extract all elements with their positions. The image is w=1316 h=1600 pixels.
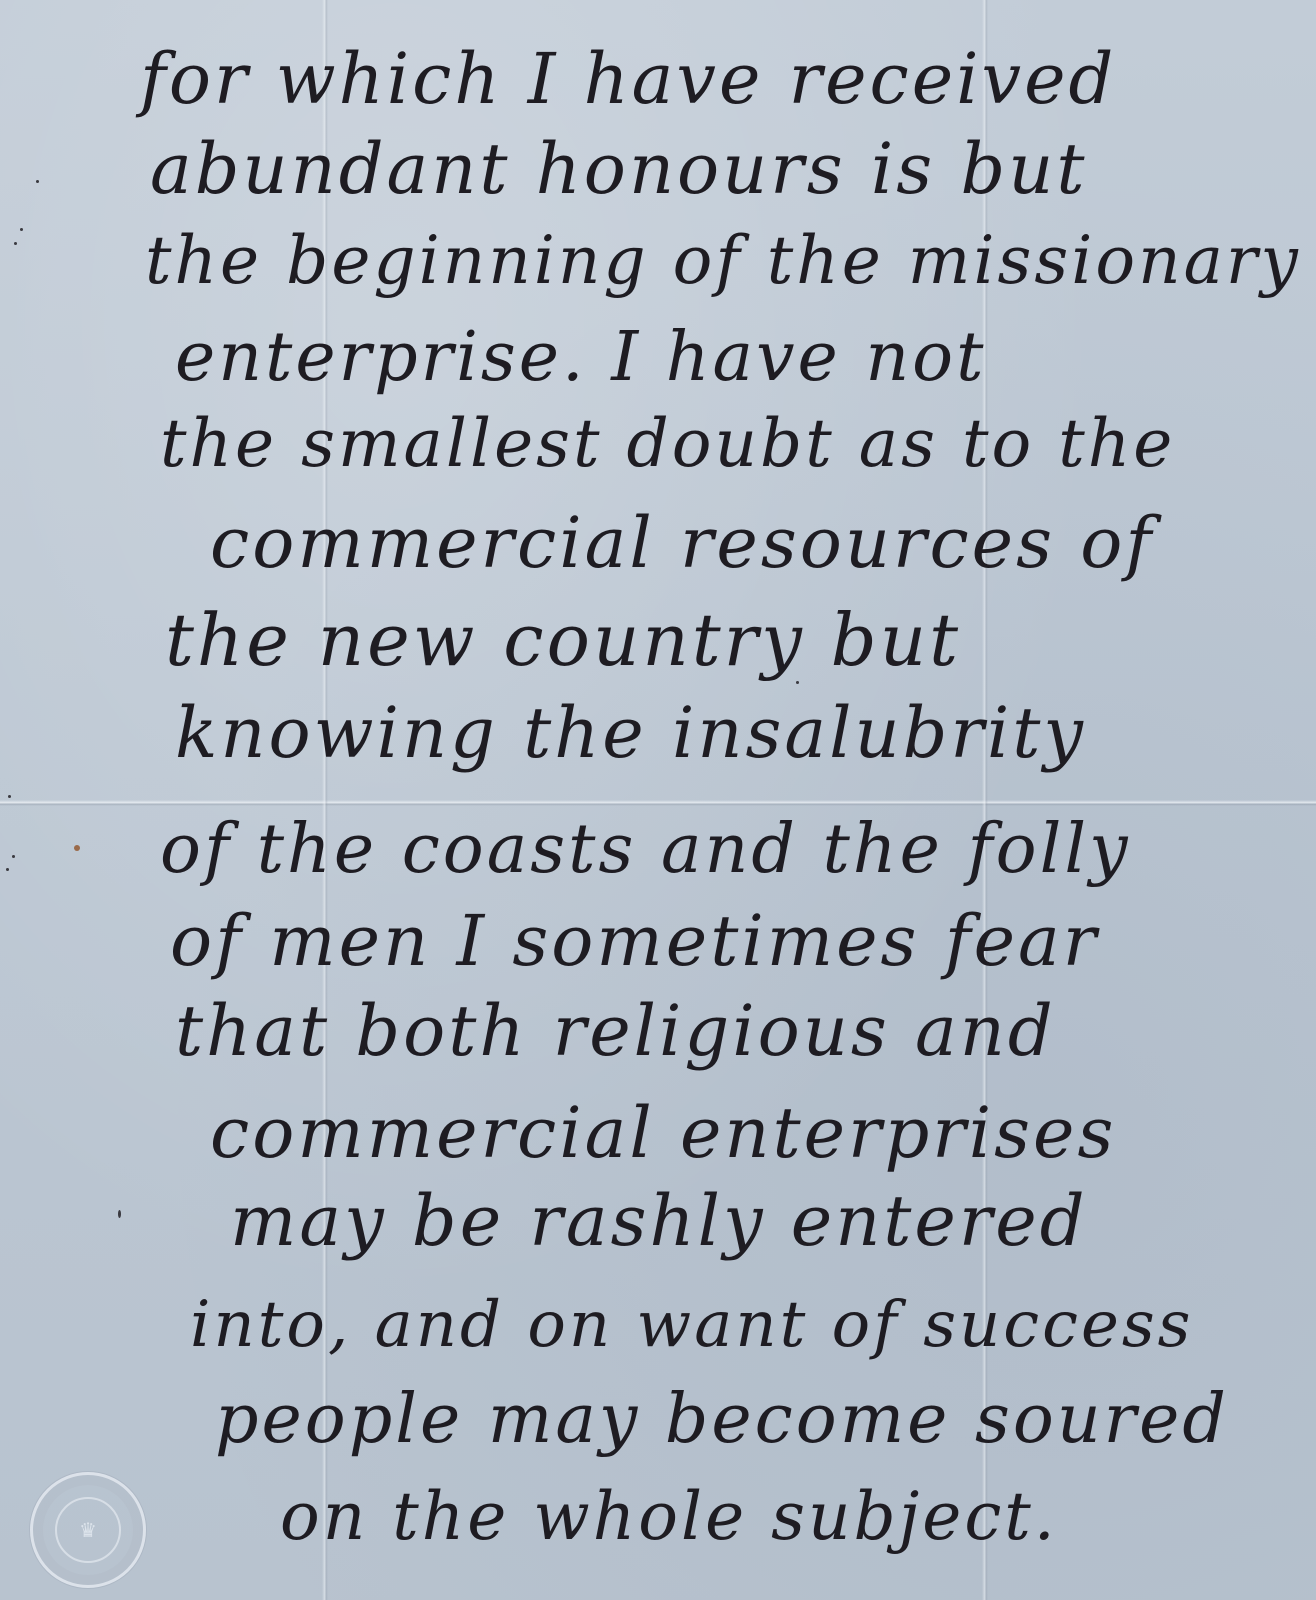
handwritten-line-5: the smallest doubt as to the [160,405,1175,482]
handwritten-line-13: may be rashly entered [230,1180,1088,1262]
handwritten-line-9: of the coasts and the folly [160,810,1130,889]
handwritten-line-3: the beginning of the missionary [145,222,1301,299]
handwritten-line-15: people may become soured [215,1380,1229,1459]
letter-page: for which I have received abundant honou… [0,0,1316,1600]
ink-speck [118,1210,121,1218]
handwritten-line-11: that both religious and [175,990,1056,1072]
handwritten-line-7: the new country but [165,598,961,682]
embossed-seal: ♛ [30,1472,146,1588]
handwritten-line-4: enterprise. I have not [175,318,986,397]
ink-speck [36,180,39,183]
ink-speck [6,868,9,871]
handwritten-line-6: commercial resources of [210,502,1154,584]
handwritten-line-1: for which I have received [140,38,1116,120]
ink-speck [8,795,11,798]
handwritten-line-12: commercial enterprises [210,1092,1116,1174]
ink-speck [14,242,17,245]
seal-crest-icon: ♛ [55,1497,121,1563]
stain-speck [74,845,80,851]
ink-speck [12,855,15,858]
handwritten-line-14: into, and on want of success [190,1288,1194,1362]
handwritten-line-2: abundant honours is but [150,128,1087,210]
ink-speck [796,681,799,684]
handwritten-line-16: on the whole subject. [280,1478,1058,1555]
handwritten-line-8: knowing the insalubrity [175,692,1086,774]
handwritten-line-10: of men I sometimes fear [170,900,1099,982]
horizontal-fold-crease [0,800,1316,806]
ink-speck [20,228,23,231]
